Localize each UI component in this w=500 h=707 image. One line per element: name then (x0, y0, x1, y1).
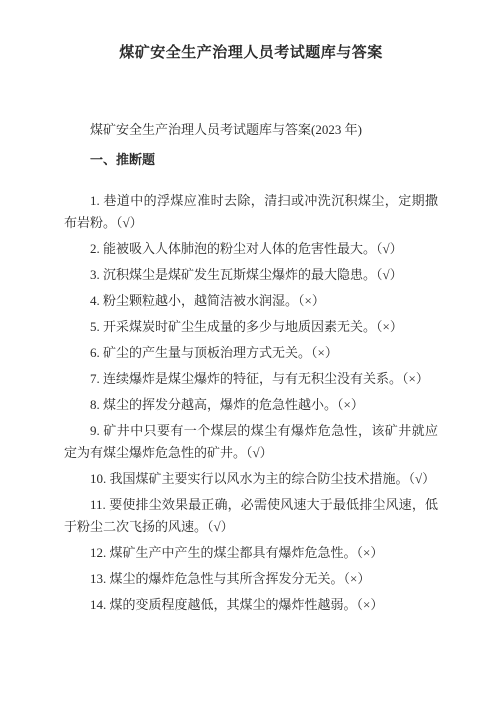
question-number: 10. (90, 471, 106, 486)
question-text: 要使排尘效果最正确，必需使风速大于最低排尘风速，低于粉尘二次飞扬的风速。 (64, 497, 438, 534)
document-page: 煤矿安全生产治理人员考试题库与答案 煤矿安全生产治理人员考试题库与答案(2023… (0, 0, 500, 707)
question-text: 煤尘的挥发分越高，爆炸的危急性越小。 (103, 397, 337, 412)
document-subtitle: 煤矿安全生产治理人员考试题库与答案(2023 年) (64, 119, 438, 141)
question-text: 矿尘的产生量与顶板治理方式无关。 (103, 345, 311, 360)
answer-mark: （×） (357, 597, 384, 612)
question-number: 14. (90, 597, 106, 612)
section-heading: 一、推断题 (64, 149, 438, 171)
question-text: 煤的变质程度越低，其煤尘的爆炸性越弱。 (110, 597, 357, 612)
question-number: 11. (90, 497, 106, 512)
question-number: 13. (90, 571, 106, 586)
answer-mark: （×） (337, 397, 364, 412)
question-text: 开采煤炭时矿尘生成量的多少与地质因素无关。 (103, 319, 376, 334)
question-text: 能被吸入人体肺泡的粉尘对人体的危害性最大。 (103, 241, 376, 256)
question-item-4: 4. 粉尘颗粒越小，越简洁被水润湿。（×） (64, 290, 438, 312)
question-number: 4. (90, 293, 100, 308)
question-text: 煤矿生产中产生的煤尘都具有爆炸危急性。 (110, 545, 357, 560)
question-item-3: 3. 沉积煤尘是煤矿发生瓦斯煤尘爆炸的最大隐患。（√） (64, 264, 438, 286)
question-item-5: 5. 开采煤炭时矿尘生成量的多少与地质因素无关。（×） (64, 316, 438, 338)
question-number: 12. (90, 545, 106, 560)
answer-mark: （√） (116, 215, 143, 230)
answer-mark: （×） (376, 319, 403, 334)
question-text: 粉尘颗粒越小，越简洁被水润湿。 (103, 293, 298, 308)
answer-mark: （√） (376, 241, 403, 256)
question-item-10: 10. 我国煤矿主要实行以风水为主的综合防尘技术措施。（√） (64, 468, 438, 490)
question-item-2: 2. 能被吸入人体肺泡的粉尘对人体的危害性最大。（√） (64, 238, 438, 260)
question-number: 3. (90, 267, 100, 282)
answer-mark: （×） (311, 345, 338, 360)
question-item-11: 11. 要使排尘效果最正确，必需使风速大于最低排尘风速，低于粉尘二次飞扬的风速。… (64, 494, 438, 538)
question-number: 1. (90, 193, 100, 208)
answer-mark: （×） (344, 571, 371, 586)
question-text: 我国煤矿主要实行以风水为主的综合防尘技术措施。 (110, 471, 409, 486)
answer-mark: （√） (207, 519, 234, 534)
answer-mark: （√） (376, 267, 403, 282)
question-number: 9. (90, 423, 100, 438)
question-number: 5. (90, 319, 100, 334)
question-number: 2. (90, 241, 100, 256)
answer-mark: （×） (357, 545, 384, 560)
question-item-8: 8. 煤尘的挥发分越高，爆炸的危急性越小。（×） (64, 394, 438, 416)
question-text: 煤尘的爆炸危急性与其所含挥发分无关。 (110, 571, 344, 586)
question-number: 8. (90, 397, 100, 412)
question-item-7: 7. 连续爆炸是煤尘爆炸的特征，与有无积尘没有关系。（×） (64, 368, 438, 390)
answer-mark: （√） (246, 445, 273, 460)
answer-mark: （√） (409, 471, 436, 486)
question-text: 连续爆炸是煤尘爆炸的特征，与有无积尘没有关系。 (103, 371, 402, 386)
question-number: 6. (90, 345, 100, 360)
answer-mark: （×） (298, 293, 325, 308)
question-item-12: 12. 煤矿生产中产生的煤尘都具有爆炸危急性。（×） (64, 542, 438, 564)
question-item-13: 13. 煤尘的爆炸危急性与其所含挥发分无关。（×） (64, 568, 438, 590)
question-number: 7. (90, 371, 100, 386)
answer-mark: （×） (402, 371, 429, 386)
document-title: 煤矿安全生产治理人员考试题库与答案 (64, 42, 438, 64)
question-item-1: 1. 巷道中的浮煤应准时去除，清扫或冲洗沉积煤尘，定期撒布岩粉。（√） (64, 190, 438, 234)
question-item-6: 6. 矿尘的产生量与顶板治理方式无关。（×） (64, 342, 438, 364)
question-text: 沉积煤尘是煤矿发生瓦斯煤尘爆炸的最大隐患。 (103, 267, 376, 282)
question-item-14: 14. 煤的变质程度越低，其煤尘的爆炸性越弱。（×） (64, 594, 438, 616)
question-item-9: 9. 矿井中只要有一个煤层的煤尘有爆炸危急性，该矿井就应定为有煤尘爆炸危急性的矿… (64, 420, 438, 464)
